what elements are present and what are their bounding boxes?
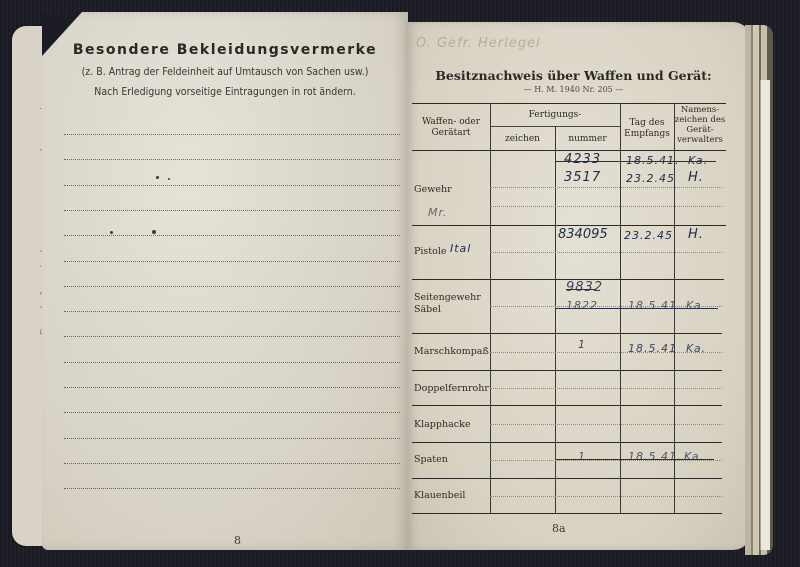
- underline: [566, 289, 596, 290]
- ink-spot: [152, 230, 156, 234]
- inserted-slip: [760, 80, 770, 550]
- pistole-date: 23.2.45: [624, 229, 673, 242]
- row-label-spaten: Spaten: [414, 454, 448, 466]
- spaten-nummer: 1: [578, 450, 586, 463]
- strike-through: [556, 308, 718, 309]
- header-fertigungs: Fertigungs-: [490, 110, 620, 121]
- gewehr-nummer: 3517: [564, 170, 601, 185]
- regulation-reference: — H. M. 1940 Nr. 205 —: [426, 85, 721, 94]
- row-label-doppelfernrohr: Doppelfernrohr: [414, 383, 489, 395]
- dotted-line: [64, 159, 400, 160]
- marschkompass-nummer: 1: [578, 338, 586, 351]
- row-label-gewehr: Gewehr: [414, 184, 452, 196]
- pistole-nummer: 834095: [558, 227, 608, 242]
- ink-spot: [168, 178, 170, 180]
- row-label-pistole: Pistole: [414, 246, 447, 258]
- dotted-line: [64, 286, 400, 287]
- dotted-line: [64, 134, 400, 135]
- dotted-line: [64, 261, 400, 262]
- pencil-annotation: O. Gefr. Herlegel: [416, 36, 541, 51]
- dotted-line: [64, 463, 400, 464]
- left-page-number: 8: [234, 534, 241, 547]
- dotted-line: [64, 412, 400, 413]
- dotted-line: [64, 311, 400, 312]
- header-date: Tag des Empfangs: [620, 118, 674, 140]
- row-label-klauenbeil: Klauenbeil: [414, 490, 465, 502]
- right-page: O. Gefr. Herlegel Besitznachweis über Wa…: [406, 22, 751, 550]
- header-type: Waffen- oder Gerätart: [412, 117, 490, 139]
- marschkompass-date: 18.5.41: [628, 342, 677, 355]
- spaten-date: 18.5.41.: [628, 450, 681, 463]
- header-nummer: nummer: [555, 134, 620, 145]
- seitengewehr-nummer: 9832: [566, 280, 603, 295]
- spaten-signature: Ka.: [684, 450, 704, 463]
- strike-through: [556, 161, 716, 162]
- header-zeichen: zeichen: [490, 134, 555, 145]
- gewehr-date: 23.2.45: [626, 172, 675, 185]
- row-annotation-pistole: Ital: [450, 242, 471, 255]
- marschkompass-signature: Ka.: [686, 342, 706, 355]
- row-label-seitengewehr: Seitengewehr Säbel: [414, 292, 484, 316]
- gewehr-nummer-old: 4233: [564, 152, 601, 167]
- left-page-subtitle-1: (z. B. Antrag der Feldeinheit auf Umtaus…: [42, 66, 408, 78]
- row-label-marschkompass: Marschkompaß: [414, 346, 489, 358]
- pistole-signature: H.: [688, 227, 704, 242]
- dotted-line: [64, 438, 400, 439]
- strike-through: [556, 459, 714, 460]
- gewehr-signature: H.: [688, 170, 704, 185]
- dotted-line: [64, 362, 400, 363]
- header-signature: Namens-zeichen des Gerät-verwalters: [674, 105, 726, 145]
- right-page-title: Besitznachweis über Waffen und Gerät:: [426, 68, 721, 83]
- seitengewehr-date-old: 18.5.41: [628, 299, 677, 312]
- row-label-klapphacke: Klapphacke: [414, 419, 470, 431]
- dotted-line: [64, 185, 400, 186]
- dotted-line: [64, 488, 400, 489]
- dotted-line: [64, 235, 400, 236]
- right-page-number: 8a: [552, 522, 566, 535]
- left-page-title: Besondere Bekleidungsvermerke: [42, 42, 408, 58]
- left-page-subtitle-2: Nach Erledigung vorseitige Eintragungen …: [42, 86, 408, 98]
- seitengewehr-nummer-old: 1822: [566, 299, 598, 312]
- dotted-line: [64, 387, 400, 388]
- dotted-line: [64, 210, 400, 211]
- row-annotation-gewehr: Mr.: [428, 206, 448, 219]
- left-page: Besondere Bekleidungsvermerke (z. B. Ant…: [42, 12, 408, 550]
- seitengewehr-signature-old: Ka: [686, 299, 702, 312]
- open-soldbuch-booklet: Bekleidungsnachweis Besondere Bekleidung…: [0, 0, 800, 567]
- ink-spot: [110, 231, 113, 234]
- ink-spot: [156, 176, 159, 179]
- dotted-line: [64, 336, 400, 337]
